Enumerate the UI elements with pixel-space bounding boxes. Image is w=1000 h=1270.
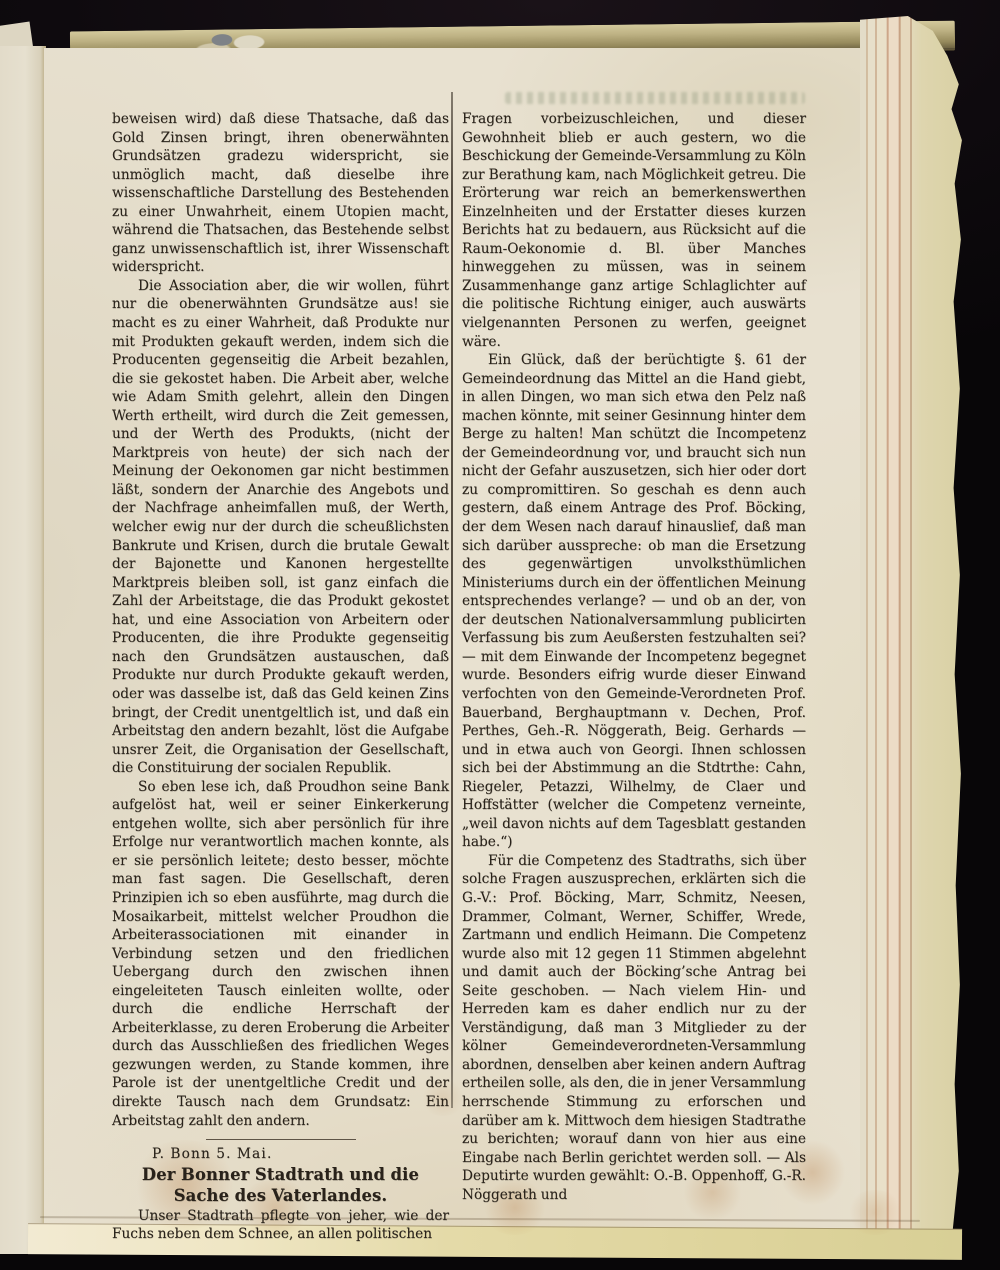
verso-showthrough-text <box>505 92 805 104</box>
article-paragraph: So eben lese ich, daß Proudhon seine Ban… <box>112 778 449 1130</box>
article-paragraph: Fragen vorbeizuschleichen, und dieser Ge… <box>462 110 806 351</box>
book-scan-photo: beweisen wird) daß diese Thatsache, daß … <box>0 0 1000 1270</box>
article-paragraph: beweisen wird) daß diese Thatsache, daß … <box>112 110 449 277</box>
article-headline: Der Bonner Stadtrath und die Sache des V… <box>112 1164 449 1207</box>
facing-page-gutter <box>0 46 46 1254</box>
article-paragraph: Die Association aber, die wir wollen, fü… <box>112 277 449 778</box>
column-divider-rule <box>451 92 453 1108</box>
right-column: Fragen vorbeizuschleichen, und dieser Ge… <box>462 110 806 1204</box>
fore-edge-page-stack <box>860 16 964 1258</box>
article-paragraph: Für die Competenz des Stadtraths, sich ü… <box>462 852 806 1204</box>
dateline: P. Bonn 5. Mai. <box>112 1145 449 1164</box>
section-divider-rule <box>206 1139 356 1140</box>
article-paragraph: Ein Glück, daß der berüchtigte §. 61 der… <box>462 351 806 852</box>
article-paragraph: Unser Stadtrath pflegte von jeher, wie d… <box>112 1207 449 1244</box>
left-column: beweisen wird) daß diese Thatsache, daß … <box>112 110 449 1244</box>
